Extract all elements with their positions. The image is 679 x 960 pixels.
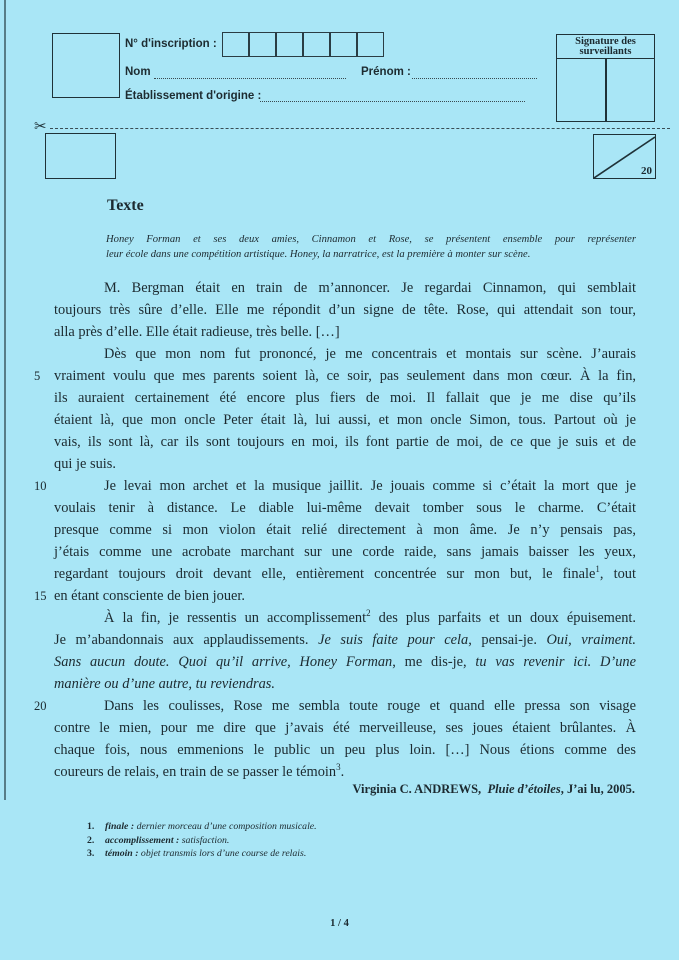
text-line: voulais tenir à distance. Le diable lui-… xyxy=(54,497,636,519)
text-line-content: Dès que mon nom fut prononcé, je me conc… xyxy=(104,346,636,362)
text-line-content: vraiment voulu que mes parents soient là… xyxy=(54,368,636,384)
text-line: étaient là, que mon oncle Peter était là… xyxy=(54,409,636,431)
source-title: Pluie d’étoiles xyxy=(487,782,560,796)
grade-box: 20 xyxy=(593,134,656,179)
footnote: 2.accomplissement : satisfaction. xyxy=(87,834,317,848)
text-line-content: À la fin, je ressentis un accomplissemen… xyxy=(104,610,636,626)
text-line-content: coureurs de relais, en train de se passe… xyxy=(54,764,344,780)
text-line-content: j’étais comme une acrobate marchant sur … xyxy=(54,544,636,560)
etablissement-label: Établissement d'origine : xyxy=(125,90,261,102)
text-line-content: vais, ils sont là, car ils sont toujours… xyxy=(54,434,636,450)
source-publisher: , J’ai lu, 2005. xyxy=(561,782,635,796)
text-line: coureurs de relais, en train de se passe… xyxy=(54,761,636,783)
signature-divider xyxy=(605,59,607,121)
text-line-content: regardant toujours droit devant elle, en… xyxy=(54,566,636,582)
main-text: M. Bergman était en train de m’annoncer.… xyxy=(54,277,636,783)
text-line: toujours très sûre d’elle. Elle me répon… xyxy=(54,299,636,321)
text-line: j’étais comme une acrobate marchant sur … xyxy=(54,541,636,563)
text-line-content: presque comme si mon violon était relié … xyxy=(54,522,636,538)
text-line: Dès que mon nom fut prononcé, je me conc… xyxy=(54,343,636,365)
text-line-content: Je levai mon archet et la musique jailli… xyxy=(104,478,636,494)
intro-line: Honey Forman et ses deux amies, Cinnamon… xyxy=(106,232,636,247)
line-number: 20 xyxy=(34,695,47,717)
signature-box: Signature des surveillants xyxy=(556,34,655,122)
text-line-content: chaque fois, nous emmenions le public un… xyxy=(54,742,636,758)
text-line-content: Sans aucun doute. Quoi qu’il arrive, Hon… xyxy=(54,654,636,670)
page-left-border xyxy=(4,0,6,800)
text-line: ils auraient certainement été encore plu… xyxy=(54,387,636,409)
page-number: 1 / 4 xyxy=(0,918,679,929)
text-line: 10Je levai mon archet et la musique jail… xyxy=(54,475,636,497)
text-line: À la fin, je ressentis un accomplissemen… xyxy=(54,607,636,629)
text-line: 5vraiment voulu que mes parents soient l… xyxy=(54,365,636,387)
text-line-content: manière ou d’une autre, tu reviendras. xyxy=(54,676,275,692)
text-line-content: qui je suis. xyxy=(54,456,116,472)
text-line: vais, ils sont là, car ils sont toujours… xyxy=(54,431,636,453)
text-line-content: toujours très sûre d’elle. Elle me répon… xyxy=(54,302,636,318)
text-line-content: contre le mien, pour me dire que j’avais… xyxy=(54,720,636,736)
prenom-field[interactable] xyxy=(412,78,537,79)
line-number: 10 xyxy=(34,475,47,497)
text-line: Je m’abandonnais aux applaudissements. J… xyxy=(54,629,636,651)
text-line: manière ou d’une autre, tu reviendras. xyxy=(54,673,636,695)
intro-line: leur école dans une compétition artistiq… xyxy=(106,247,636,262)
footnote: 1.finale : dernier morceau d’une composi… xyxy=(87,820,317,834)
grade-max: 20 xyxy=(641,165,652,177)
text-line-content: ils auraient certainement été encore plu… xyxy=(54,390,636,406)
text-line: M. Bergman était en train de m’annoncer.… xyxy=(54,277,636,299)
text-line: presque comme si mon violon était relié … xyxy=(54,519,636,541)
section-title: Texte xyxy=(107,197,144,215)
text-line: chaque fois, nous emmenions le public un… xyxy=(54,739,636,761)
inscription-digit-box[interactable] xyxy=(357,32,384,57)
photo-box xyxy=(52,33,120,98)
text-line: regardant toujours droit devant elle, en… xyxy=(54,563,636,585)
text-line: qui je suis. xyxy=(54,453,636,475)
text-line-content: Dans les coulisses, Rose me sembla toute… xyxy=(104,698,636,714)
nom-label: Nom xyxy=(125,66,151,78)
inscription-digit-box[interactable] xyxy=(249,32,276,57)
text-line: Sans aucun doute. Quoi qu’il arrive, Hon… xyxy=(54,651,636,673)
anonymous-code-box xyxy=(45,133,116,179)
text-line-content: étaient là, que mon oncle Peter était là… xyxy=(54,412,636,428)
prenom-label: Prénom : xyxy=(361,66,411,78)
inscription-digit-box[interactable] xyxy=(222,32,249,57)
inscription-digit-box[interactable] xyxy=(303,32,330,57)
text-line: contre le mien, pour me dire que j’avais… xyxy=(54,717,636,739)
text-line-content: Je m’abandonnais aux applaudissements. J… xyxy=(54,632,636,648)
footnote: 3.témoin : objet transmis lors d’une cou… xyxy=(87,847,317,861)
source-citation: Virginia C. ANDREWS, Pluie d’étoiles, J’… xyxy=(352,782,635,797)
intro-paragraph: Honey Forman et ses deux amies, Cinnamon… xyxy=(106,232,636,262)
text-line-content: en étant consciente de bien jouer. xyxy=(54,588,245,604)
text-line-content: M. Bergman était en train de m’annoncer.… xyxy=(104,280,636,296)
source-author: Virginia C. ANDREWS, xyxy=(352,782,481,796)
footnotes: 1.finale : dernier morceau d’une composi… xyxy=(87,820,317,861)
etablissement-field[interactable] xyxy=(260,101,525,102)
nom-field[interactable] xyxy=(154,78,346,79)
text-line: 20Dans les coulisses, Rose me sembla tou… xyxy=(54,695,636,717)
signature-title: Signature des surveillants xyxy=(557,35,654,59)
inscription-digit-box[interactable] xyxy=(276,32,303,57)
text-line: 15en étant consciente de bien jouer. xyxy=(54,585,636,607)
line-number: 5 xyxy=(34,365,40,387)
text-line-content: alla près d’elle. Elle était radieuse, t… xyxy=(54,324,340,340)
cut-line xyxy=(50,128,670,129)
line-number: 15 xyxy=(34,585,47,607)
inscription-digit-box[interactable] xyxy=(330,32,357,57)
text-line: alla près d’elle. Elle était radieuse, t… xyxy=(54,321,636,343)
inscription-label: N° d'inscription : xyxy=(125,38,217,50)
text-line-content: voulais tenir à distance. Le diable lui-… xyxy=(54,500,636,516)
